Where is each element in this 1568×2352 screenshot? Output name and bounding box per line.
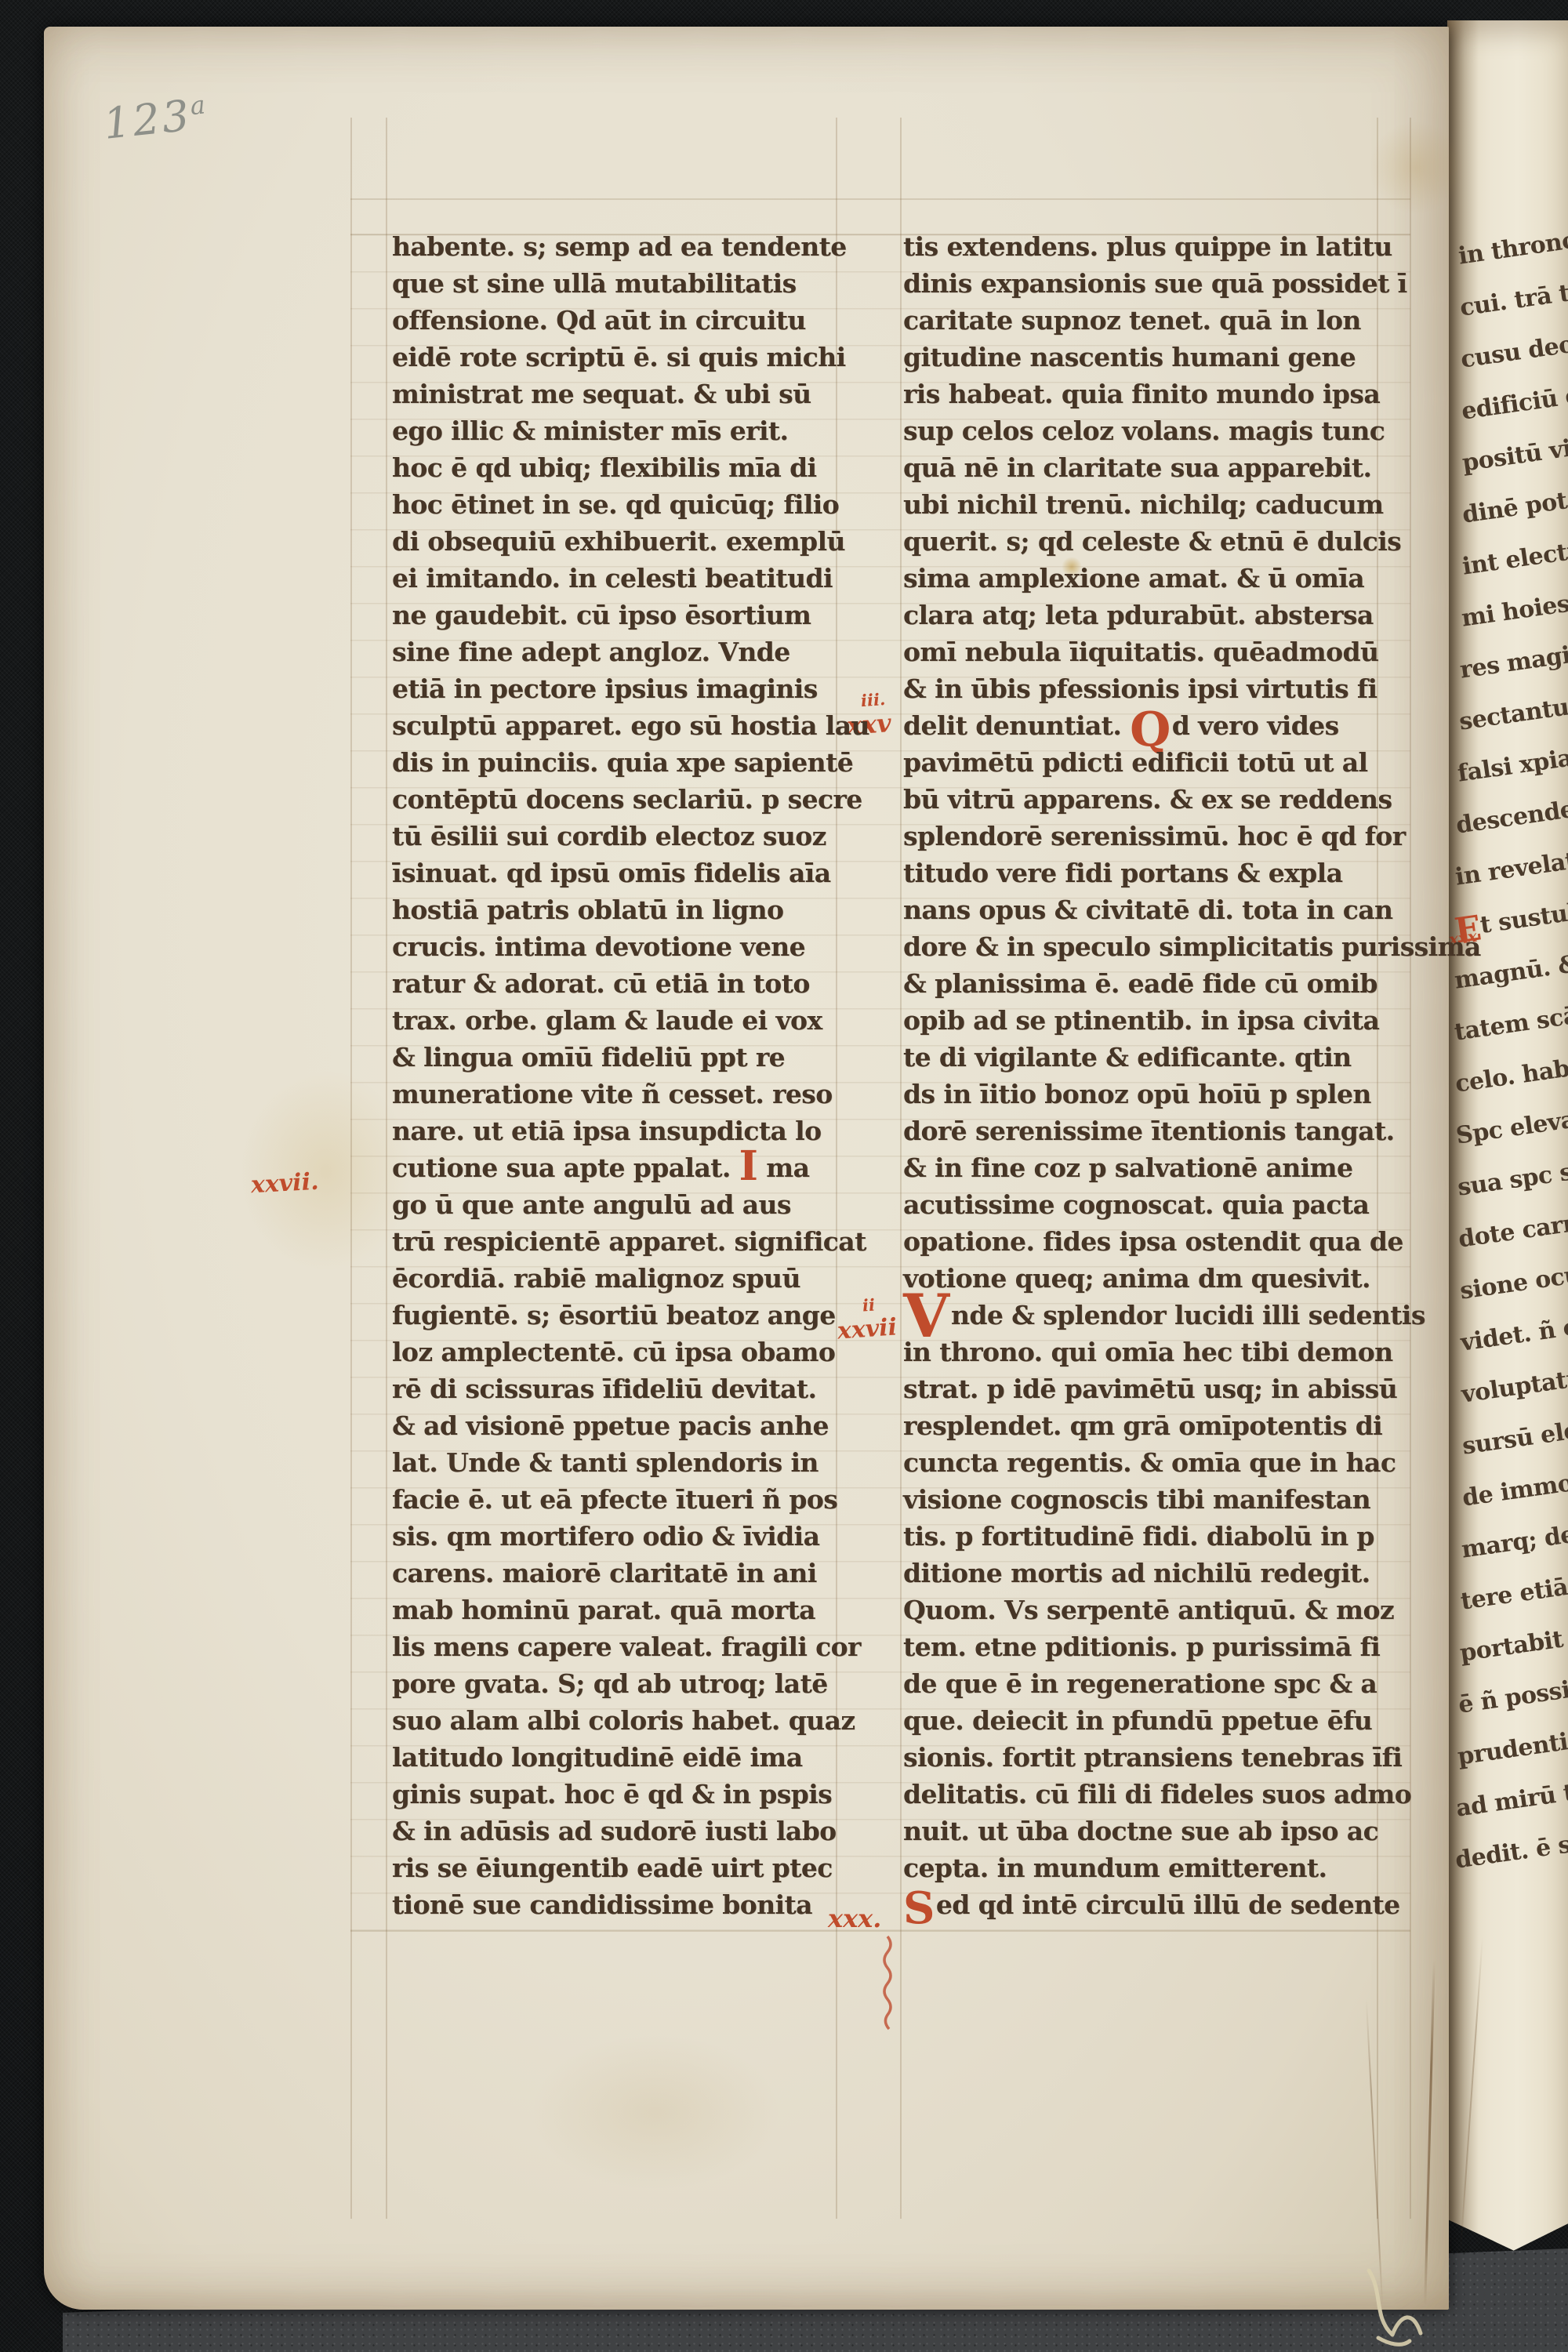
- manuscript-line: lat. Unde & tanti splendoris in: [392, 1444, 835, 1481]
- manuscript-line: nare. ut etiā ipsa insupdicta lo: [392, 1112, 835, 1149]
- manuscript-line: votione queq; anima dm quesivit.: [903, 1260, 1383, 1297]
- intercolumn-chapter-small-mid: ii: [862, 1294, 876, 1315]
- manuscript-line: tis. p fortitudinē fidi. diabolū in p: [903, 1518, 1383, 1555]
- ruling-vertical-line: [350, 118, 352, 2219]
- manuscript-line: & in adūsis ad sudorē iusti labo: [392, 1813, 835, 1849]
- manuscript-line: go ū que ante angulū ad aus: [392, 1186, 835, 1223]
- manuscript-line: titudo vere fidi portans & expla: [903, 855, 1383, 891]
- text-column-right: tis extendens. plus quippe in latitudini…: [903, 228, 1383, 1923]
- manuscript-line: facie ē. ut eā pfecte ītueri ñ pos: [392, 1481, 835, 1518]
- ruling-vertical-line: [386, 118, 387, 2219]
- manuscript-line: tū ēsilii sui cordib electoz suoz: [392, 818, 835, 855]
- line-text: t sustulit me: [1479, 890, 1568, 939]
- manuscript-line: carens. maiorē claritatē in ani: [392, 1555, 835, 1592]
- manuscript-line: ris habeat. quia finito mundo ipsa: [903, 376, 1383, 412]
- manuscript-line: caritate supnoz tenet. quā in lon: [903, 302, 1383, 339]
- intercolumn-chapter-lower: xxx.: [828, 1904, 881, 1933]
- manuscript-line: sionis. fortit ptransiens tenebras īfi: [903, 1739, 1383, 1776]
- intercolumn-chapter-mid: xxvii: [837, 1313, 898, 1345]
- manuscript-line: gitudine nascentis humani gene: [903, 339, 1383, 376]
- manuscript-line: īsinuat. qd ipsū omīs fidelis aīa: [392, 855, 835, 891]
- manuscript-line: ei imitando. in celesti beatitudi: [392, 560, 835, 597]
- manuscript-line: de que ē in regeneratione spc & a: [903, 1665, 1383, 1702]
- manuscript-line: sima amplexione amat. & ū omīa: [903, 560, 1383, 597]
- manuscript-line: latitudo longitudinē eidē ima: [392, 1739, 835, 1776]
- margin-chapter-number-left: xxvii.: [250, 1168, 319, 1199]
- manuscript-line: habente. s; semp ad ea tendente: [392, 228, 835, 265]
- line-text: ma: [757, 1152, 809, 1183]
- manuscript-line: & planissima ē. eadē fide cū omib: [903, 965, 1383, 1002]
- manuscript-line: rē di scissuras īfideliū devitat.: [392, 1370, 835, 1407]
- manuscript-line: etiā in pectore ipsius imaginis: [392, 670, 835, 707]
- manuscript-line: cepta. in mundum emitterent.: [903, 1849, 1383, 1886]
- manuscript-line: splendorē serenissimū. hoc ē qd for: [903, 818, 1383, 855]
- folio-suffix: a: [189, 89, 209, 121]
- manuscript-line: dis in puinciis. quia xpe sapientē: [392, 744, 835, 781]
- line-text: d vero vides: [1172, 710, 1339, 741]
- manuscript-line: sup celos celoz volans. magis tunc: [903, 412, 1383, 449]
- binding-thread: [1355, 2266, 1441, 2352]
- manuscript-line: querit. s; qd celeste & etnū ē dulcis: [903, 523, 1383, 560]
- manuscript-line: dore & in speculo simplicitatis purissim…: [903, 928, 1383, 965]
- manuscript-line: sine fine adept angloz. Vnde: [392, 633, 835, 670]
- manuscript-line: crucis. intima devotione vene: [392, 928, 835, 965]
- manuscript-line: acutissime cognoscat. quia pacta: [903, 1186, 1383, 1223]
- manuscript-line: & in fine coz p salvationē anime: [903, 1149, 1383, 1186]
- parchment-stain: [1369, 121, 1463, 215]
- manuscript-line: ginis supat. hoc ē qd & in pspis: [392, 1776, 835, 1813]
- manuscript-line: ēcordiā. rabiē malignoz spuū: [392, 1260, 835, 1297]
- manuscript-line: ministrat me sequat. & ubi sū: [392, 376, 835, 412]
- manuscript-line: resplendet. qm grā omīpotentis di: [903, 1407, 1383, 1444]
- facing-page-edge: in throno ptincui. trā tantū acusu deors…: [1447, 20, 1568, 2259]
- intercolumn-chapter-small-upper: iii.: [860, 689, 886, 710]
- parchment-stain: [530, 2034, 781, 2190]
- manuscript-line: offensione. Qd aūt in circuitu: [392, 302, 835, 339]
- manuscript-line: cuncta regentis. & omīa que in hac: [903, 1444, 1383, 1481]
- manuscript-line: cutione sua apte ppalat. I ma: [392, 1149, 835, 1186]
- rubric-initial: Q: [1130, 719, 1171, 741]
- manuscript-line: ds in īitio bonoz opū hoīū p splen: [903, 1076, 1383, 1112]
- manuscript-line: loz amplectentē. cū ipsa obamo: [392, 1334, 835, 1370]
- manuscript-line: pavimētū pdicti edificii totū ut al: [903, 744, 1383, 781]
- manuscript-line: tis extendens. plus quippe in latitu: [903, 228, 1383, 265]
- folio-number: 123: [101, 90, 194, 148]
- manuscript-line: di obsequiū exhibuerit. exemplū: [392, 523, 835, 560]
- manuscript-line: Quom. Vs serpentē antiquū. & moz: [903, 1592, 1383, 1628]
- manuscript-line: hostiā patris oblatū in ligno: [392, 891, 835, 928]
- manuscript-line: mab hominū parat. quā morta: [392, 1592, 835, 1628]
- line-text: delit denuntiat.: [903, 710, 1130, 741]
- manuscript-line: bū vitrū apparens. & ex se reddens: [903, 781, 1383, 818]
- manuscript-line: ratur & adorat. cū etiā in toto: [392, 965, 835, 1002]
- manuscript-line: dinis expansionis sue quā possidet ī: [903, 265, 1383, 302]
- manuscript-line: tem. etne pditionis. p purissimā fi: [903, 1628, 1383, 1665]
- manuscript-line: trū respicientē apparet. significat: [392, 1223, 835, 1260]
- manuscript-line: & ad visionē ppetue pacis anhe: [392, 1407, 835, 1444]
- manuscript-line: trax. orbe. glam & laude ei vox: [392, 1002, 835, 1039]
- manuscript-line: & in ūbis pfessionis ipsi virtutis fi: [903, 670, 1383, 707]
- manuscript-line: pore gvata. S; qd ab utroq; latē: [392, 1665, 835, 1702]
- manuscript-line: tionē sue candidissime bonita: [392, 1886, 835, 1923]
- text-column-left: habente. s; semp ad ea tendenteque st si…: [392, 228, 835, 1923]
- rubric-initial: I: [739, 1156, 758, 1178]
- manuscript-line: visione cognoscis tibi manifestan: [903, 1481, 1383, 1518]
- manuscript-line: omī nebula īiquitatis. quēadmodū: [903, 633, 1383, 670]
- manuscript-line: hoc ētinet in se. qd quicūq; filio: [392, 486, 835, 523]
- manuscript-line: suo alam albi coloris habet. quaz: [392, 1702, 835, 1739]
- manuscript-line: nuit. ut ūba doctne sue ab ipso ac: [903, 1813, 1383, 1849]
- manuscript-line: clara atq; leta pdurabūt. abstersa: [903, 597, 1383, 633]
- rubric-initial: S: [903, 1897, 935, 1919]
- manuscript-line: nans opus & civitatē di. tota in can: [903, 891, 1383, 928]
- manuscript-line: te di vigilante & edificante. qtin: [903, 1039, 1383, 1076]
- manuscript-line: ubi nichil trenū. nichilq; caducum: [903, 486, 1383, 523]
- manuscript-line: quā nē in claritate sua apparebit.: [903, 449, 1383, 486]
- rubric-initial: V: [903, 1305, 948, 1327]
- manuscript-line: Vnde & splendor lucidi illi sedentis: [903, 1297, 1383, 1334]
- line-text: ed qd intē circulū illū de sedente: [936, 1889, 1400, 1920]
- manuscript-line: Sed qd intē circulū illū de sedente: [903, 1886, 1383, 1923]
- ruling-vertical-line: [1410, 118, 1411, 2219]
- manuscript-line: ne gaudebit. cū ipso ēsortium: [392, 597, 835, 633]
- manuscript-line: contēptū docens seclariū. p secre: [392, 781, 835, 818]
- manuscript-line: que. deiecit in pfundū ppetue ēfu: [903, 1702, 1383, 1739]
- ruling-top-line: [350, 198, 1410, 200]
- manuscript-line: ditione mortis ad nichilū redegit.: [903, 1555, 1383, 1592]
- manuscript-line: delitatis. cū fili di fideles suos admo: [903, 1776, 1383, 1813]
- rubric-flourish: [877, 1935, 900, 2037]
- manuscript-line: ego illic & minister mīs erit.: [392, 412, 835, 449]
- manuscript-line: ris se ēiungentib eadē uirt ptec: [392, 1849, 835, 1886]
- manuscript-line: muneratione vite ñ cesset. reso: [392, 1076, 835, 1112]
- manuscript-line: que st sine ullā mutabilitatis: [392, 265, 835, 302]
- manuscript-line: sis. qm mortifero odio & īvidia: [392, 1518, 835, 1555]
- manuscript-line: hoc ē qd ubiq; flexibilis mīa di: [392, 449, 835, 486]
- manuscript-line: eidē rote scriptū ē. si quis michi: [392, 339, 835, 376]
- manuscript-line: delit denuntiat. Qd vero vides: [903, 707, 1383, 744]
- manuscript-line: sculptū apparet. ego sū hostia lau: [392, 707, 835, 744]
- manuscript-line: opatione. fides ipsa ostendit qua de: [903, 1223, 1383, 1260]
- line-text: cutione sua apte ppalat.: [392, 1152, 739, 1183]
- manuscript-line: fugientē. s; ēsortiū beatoz ange: [392, 1297, 835, 1334]
- manuscript-line: strat. p idē pavimētū usq; in abissū: [903, 1370, 1383, 1407]
- manuscript-line: dorē serenissime ītentionis tangat.: [903, 1112, 1383, 1149]
- manuscript-line: & lingua omīū fideliū ppt re: [392, 1039, 835, 1076]
- manuscript-line: in throno. qui omīa hec tibi demon: [903, 1334, 1383, 1370]
- ruling-vertical-line: [900, 118, 902, 2219]
- line-text: nde & splendor lucidi illi sedentis: [951, 1300, 1425, 1330]
- manuscript-line: opib ad se ptinentib. in ipsa civita: [903, 1002, 1383, 1039]
- manuscript-line: lis mens capere valeat. fragili cor: [392, 1628, 835, 1665]
